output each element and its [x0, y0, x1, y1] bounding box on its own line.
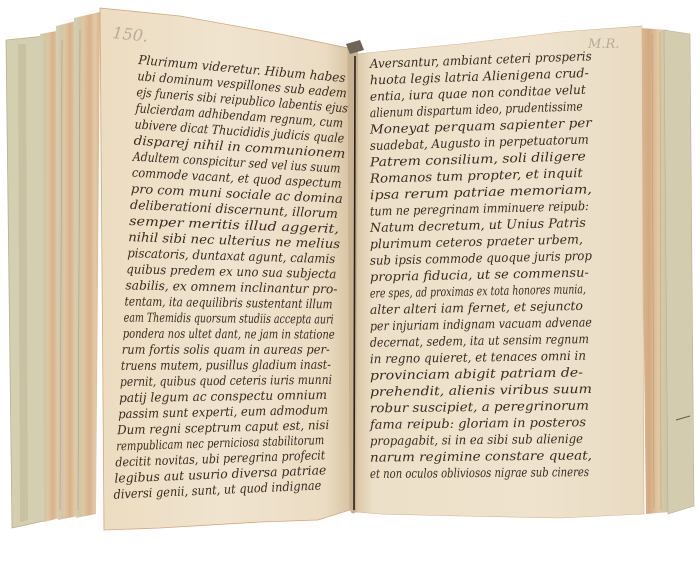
manuscript-line: eam Themidis quorsum studiis accepta aur… [124, 310, 334, 327]
manuscript-line: tentam, ita aequilibris sustentant illum [124, 294, 332, 312]
manuscript-line: fama reipub: gloriam in posteros [369, 414, 586, 432]
manuscript-line: et non oculos obliviosos nigrae sub cine… [370, 464, 589, 481]
manuscript-line: propagabit, si in ea sibi sub alienige [370, 431, 583, 448]
manuscript-line: provinciam abigit patriam de- [370, 364, 583, 382]
manuscript-line: robur suscipiet, a peregrinorum [370, 398, 589, 416]
right-page-block [640, 28, 694, 514]
manuscript-line: narum regimine constare queat, [370, 447, 592, 464]
manuscript-line: truens mutem, pusillus gladium inast- [121, 357, 331, 373]
folio-mark: M.R. [587, 37, 619, 52]
left-page-block [6, 12, 100, 528]
right-page-text: Aversantur, ambiant ceteri prosperishuot… [369, 48, 594, 481]
left-page-text: Plurimum videretur. Hibum habesubi domin… [113, 52, 348, 502]
page-number: 150. [112, 23, 149, 46]
manuscript-line: pondera nos ultet dant, ne jam in statio… [123, 326, 335, 342]
manuscript-line: rum fortis solis quam in aureas per- [122, 342, 330, 357]
manuscript-line: prehendit, alienis viribus suum [370, 381, 592, 399]
manuscript-photo: 150. M.R. Plurimum videretur. Hibum habe… [0, 0, 700, 563]
